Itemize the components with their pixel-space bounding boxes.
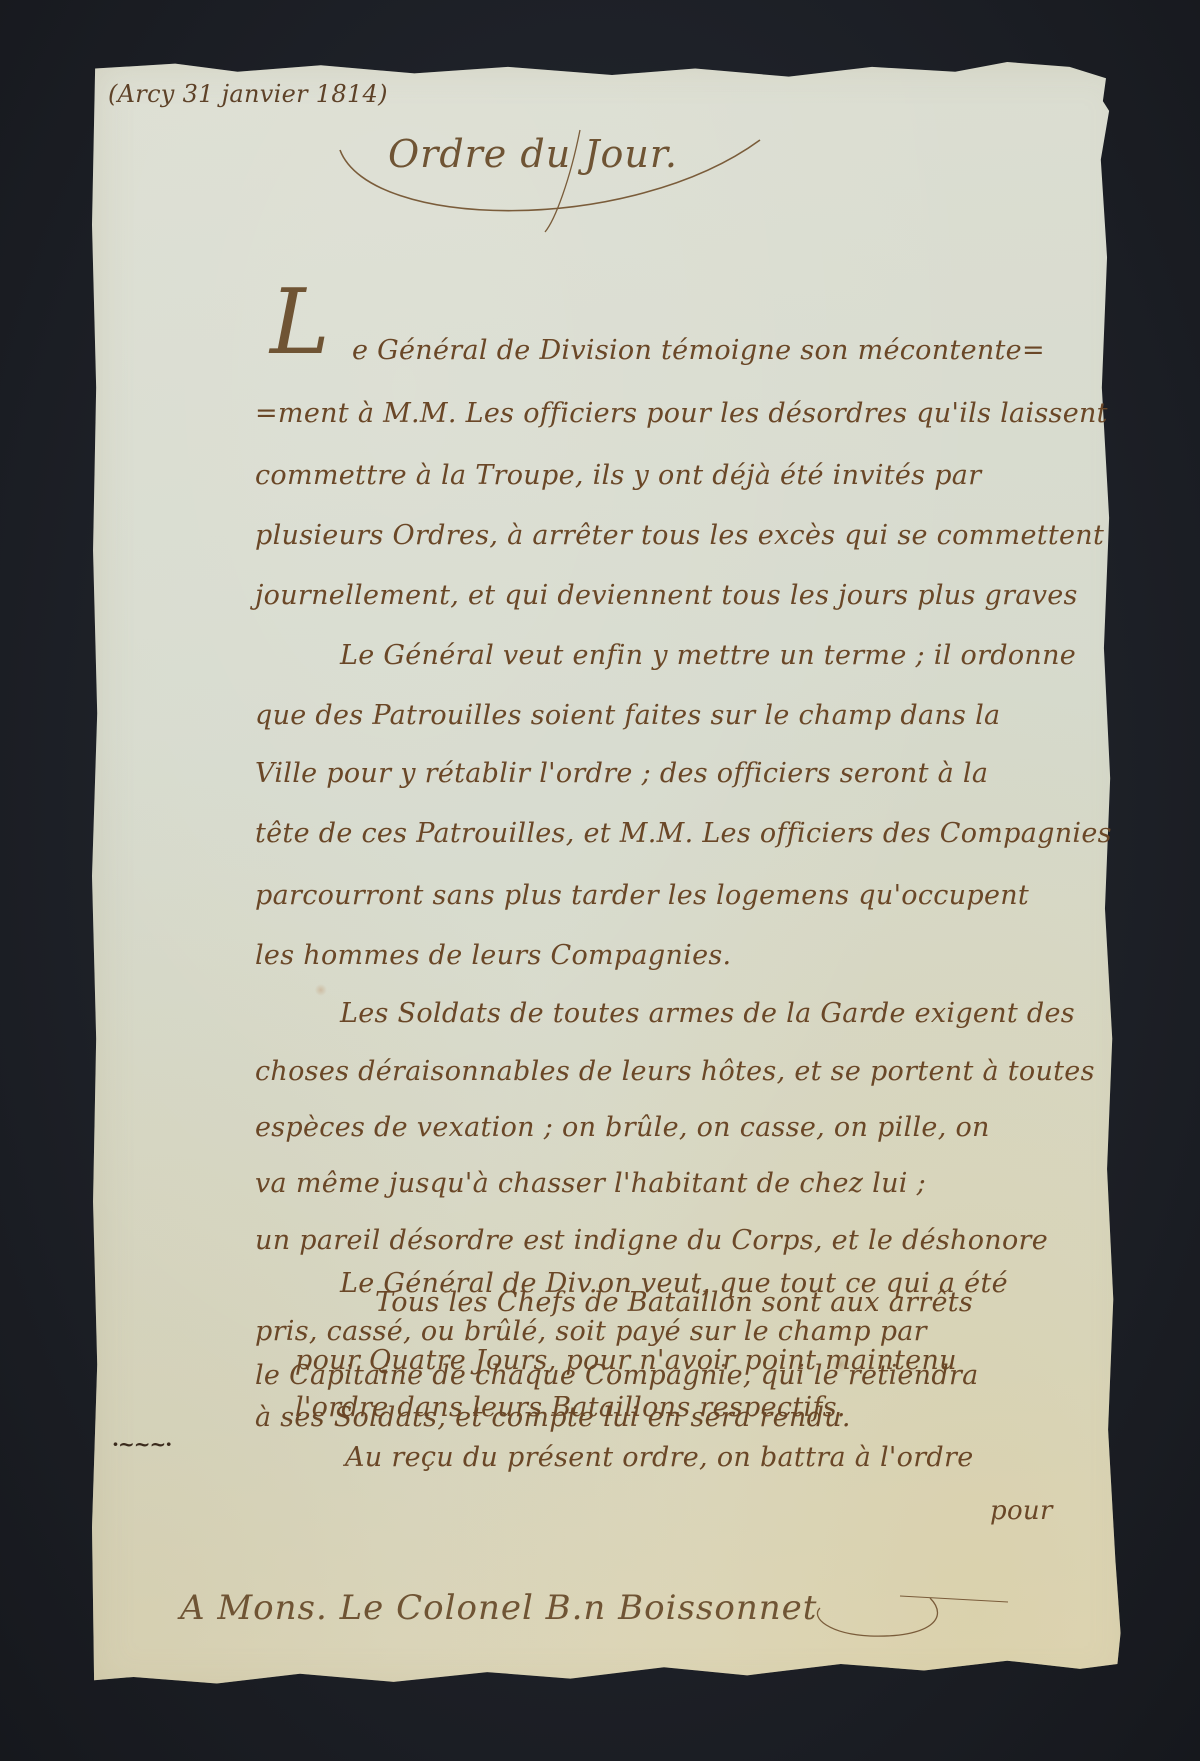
text-line: =ment à M.M. Les officiers pour les déso…: [255, 398, 1108, 429]
text-line: un pareil désordre est indigne du Corps,…: [255, 1225, 1048, 1256]
text-line: Ville pour y rétablir l'ordre ; des offi…: [255, 758, 988, 789]
text-line: Tous les Chefs de Bataillon sont aux arr…: [375, 1287, 973, 1318]
text-line: que des Patrouilles soient faites sur le…: [255, 700, 1000, 731]
text-line: e Général de Division témoigne son mécon…: [352, 335, 1045, 366]
text-line: pour Quatre Jours, pour n'avoir point ma…: [295, 1345, 957, 1376]
catchword: pour: [990, 1496, 1053, 1526]
text-line: va même jusqu'à chasser l'habitant de ch…: [255, 1168, 926, 1199]
text-line: tête de ces Patrouilles, et M.M. Les off…: [255, 818, 1112, 849]
text-line: commettre à la Troupe, ils y ont déjà ét…: [255, 460, 981, 491]
document-title: Ordre du Jour.: [388, 132, 678, 176]
addressee-line: A Mons. Le Colonel B.n Boissonnet: [180, 1588, 817, 1628]
date-annotation: (Arcy 31 janvier 1814): [108, 80, 388, 108]
margin-mark: ·~~~·: [112, 1432, 171, 1456]
text-line: l'ordre dans leurs Bataillons respectifs…: [295, 1392, 846, 1423]
text-line: Les Soldats de toutes armes de la Garde …: [340, 998, 1075, 1029]
text-line: espèces de vexation ; on brûle, on casse…: [255, 1112, 990, 1143]
text-line: choses déraisonnables de leurs hôtes, et…: [255, 1056, 1095, 1087]
drop-cap-letter: L: [270, 270, 330, 375]
text-line: les hommes de leurs Compagnies.: [255, 940, 731, 971]
text-line: parcourront sans plus tarder les logemen…: [255, 880, 1029, 911]
text-line: Le Général veut enfin y mettre un terme …: [340, 640, 1076, 671]
text-line: journellement, et qui deviennent tous le…: [255, 580, 1078, 611]
text-line: plusieurs Ordres, à arrêter tous les exc…: [255, 520, 1104, 551]
text-line: Au reçu du présent ordre, on battra à l'…: [345, 1442, 974, 1473]
text-line: pris, cassé, ou brûlé, soit payé sur le …: [255, 1316, 927, 1347]
